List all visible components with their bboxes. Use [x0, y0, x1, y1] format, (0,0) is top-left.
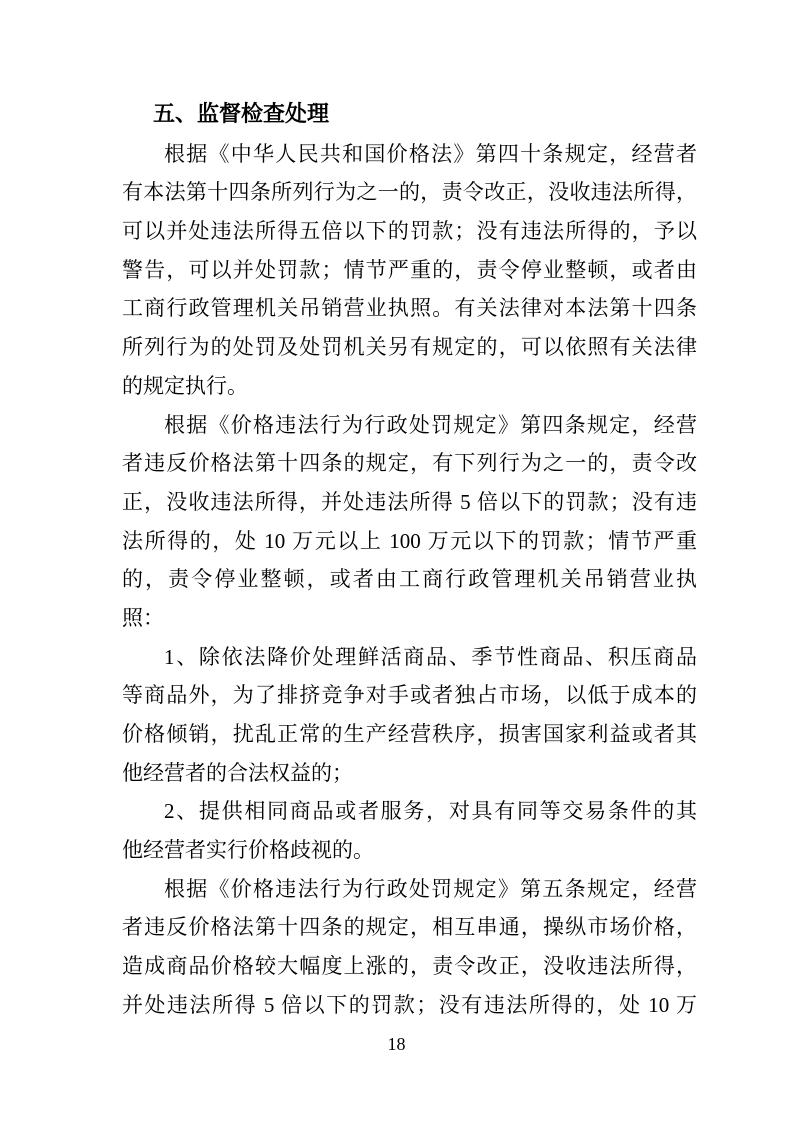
document-page: { "page": { "background": "#ffffff", "te…	[0, 0, 793, 1122]
paragraph: 2、提供相同商品或者服务，对具有同等交易条件的其他经营者实行价格歧视的。	[122, 792, 697, 869]
text-line: 根据《中华人民共和国价格法》第四十条规定，经营者	[122, 135, 697, 174]
text-line: 正，没收违法所得，并处违法所得 5 倍以下的罚款；没有违	[122, 483, 697, 522]
text-line: 可以并处违法所得五倍以下的罚款；没有违法所得的，予以	[122, 212, 697, 251]
paragraph: 根据《中华人民共和国价格法》第四十条规定，经营者有本法第十四条所列行为之一的，责…	[122, 135, 697, 406]
text-line: 他经营者的合法权益的；	[122, 754, 697, 793]
text-line: 2、提供相同商品或者服务，对具有同等交易条件的其	[122, 792, 697, 831]
text-line: 者违反价格法第十四条的规定，相互串通，操纵市场价格，	[122, 908, 697, 947]
text-line: 者违反价格法第十四条的规定，有下列行为之一的，责令改	[122, 444, 697, 483]
text-line: 造成商品价格较大幅度上涨的，责令改正，没收违法所得，	[122, 947, 697, 986]
text-line: 照：	[122, 599, 697, 638]
text-line: 工商行政管理机关吊销营业执照。有关法律对本法第十四条	[122, 289, 697, 328]
text-line: 的规定执行。	[122, 367, 697, 406]
text-line: 1、除依法降价处理鲜活商品、季节性商品、积压商品	[122, 638, 697, 677]
text-line: 所列行为的处罚及处罚机关另有规定的，可以依照有关法律	[122, 328, 697, 367]
text-line: 价格倾销，扰乱正常的生产经营秩序，损害国家利益或者其	[122, 715, 697, 754]
text-line: 的，责令停业整顿，或者由工商行政管理机关吊销营业执	[122, 560, 697, 599]
text-line: 等商品外，为了排挤竞争对手或者独占市场，以低于成本的	[122, 676, 697, 715]
paragraph: 根据《价格违法行为行政处罚规定》第四条规定，经营者违反价格法第十四条的规定，有下…	[122, 406, 697, 638]
document-body: 根据《中华人民共和国价格法》第四十条规定，经营者有本法第十四条所列行为之一的，责…	[122, 135, 697, 1025]
text-line: 法所得的，处 10 万元以上 100 万元以下的罚款；情节严重	[122, 522, 697, 561]
page-content: 五、监督检查处理 根据《中华人民共和国价格法》第四十条规定，经营者有本法第十四条…	[0, 0, 793, 1122]
text-line: 并处违法所得 5 倍以下的罚款；没有违法所得的，处 10 万	[122, 986, 697, 1025]
section-heading: 五、监督检查处理	[122, 96, 697, 135]
text-line: 有本法第十四条所列行为之一的，责令改正，没收违法所得，	[122, 173, 697, 212]
text-line: 根据《价格违法行为行政处罚规定》第五条规定，经营	[122, 870, 697, 909]
paragraph: 根据《价格违法行为行政处罚规定》第五条规定，经营者违反价格法第十四条的规定，相互…	[122, 870, 697, 1025]
page-number: 18	[0, 1032, 793, 1056]
text-line: 根据《价格违法行为行政处罚规定》第四条规定，经营	[122, 406, 697, 445]
text-line: 他经营者实行价格歧视的。	[122, 831, 697, 870]
paragraph: 1、除依法降价处理鲜活商品、季节性商品、积压商品等商品外，为了排挤竞争对手或者独…	[122, 638, 697, 793]
text-line: 警告，可以并处罚款；情节严重的，责令停业整顿，或者由	[122, 251, 697, 290]
